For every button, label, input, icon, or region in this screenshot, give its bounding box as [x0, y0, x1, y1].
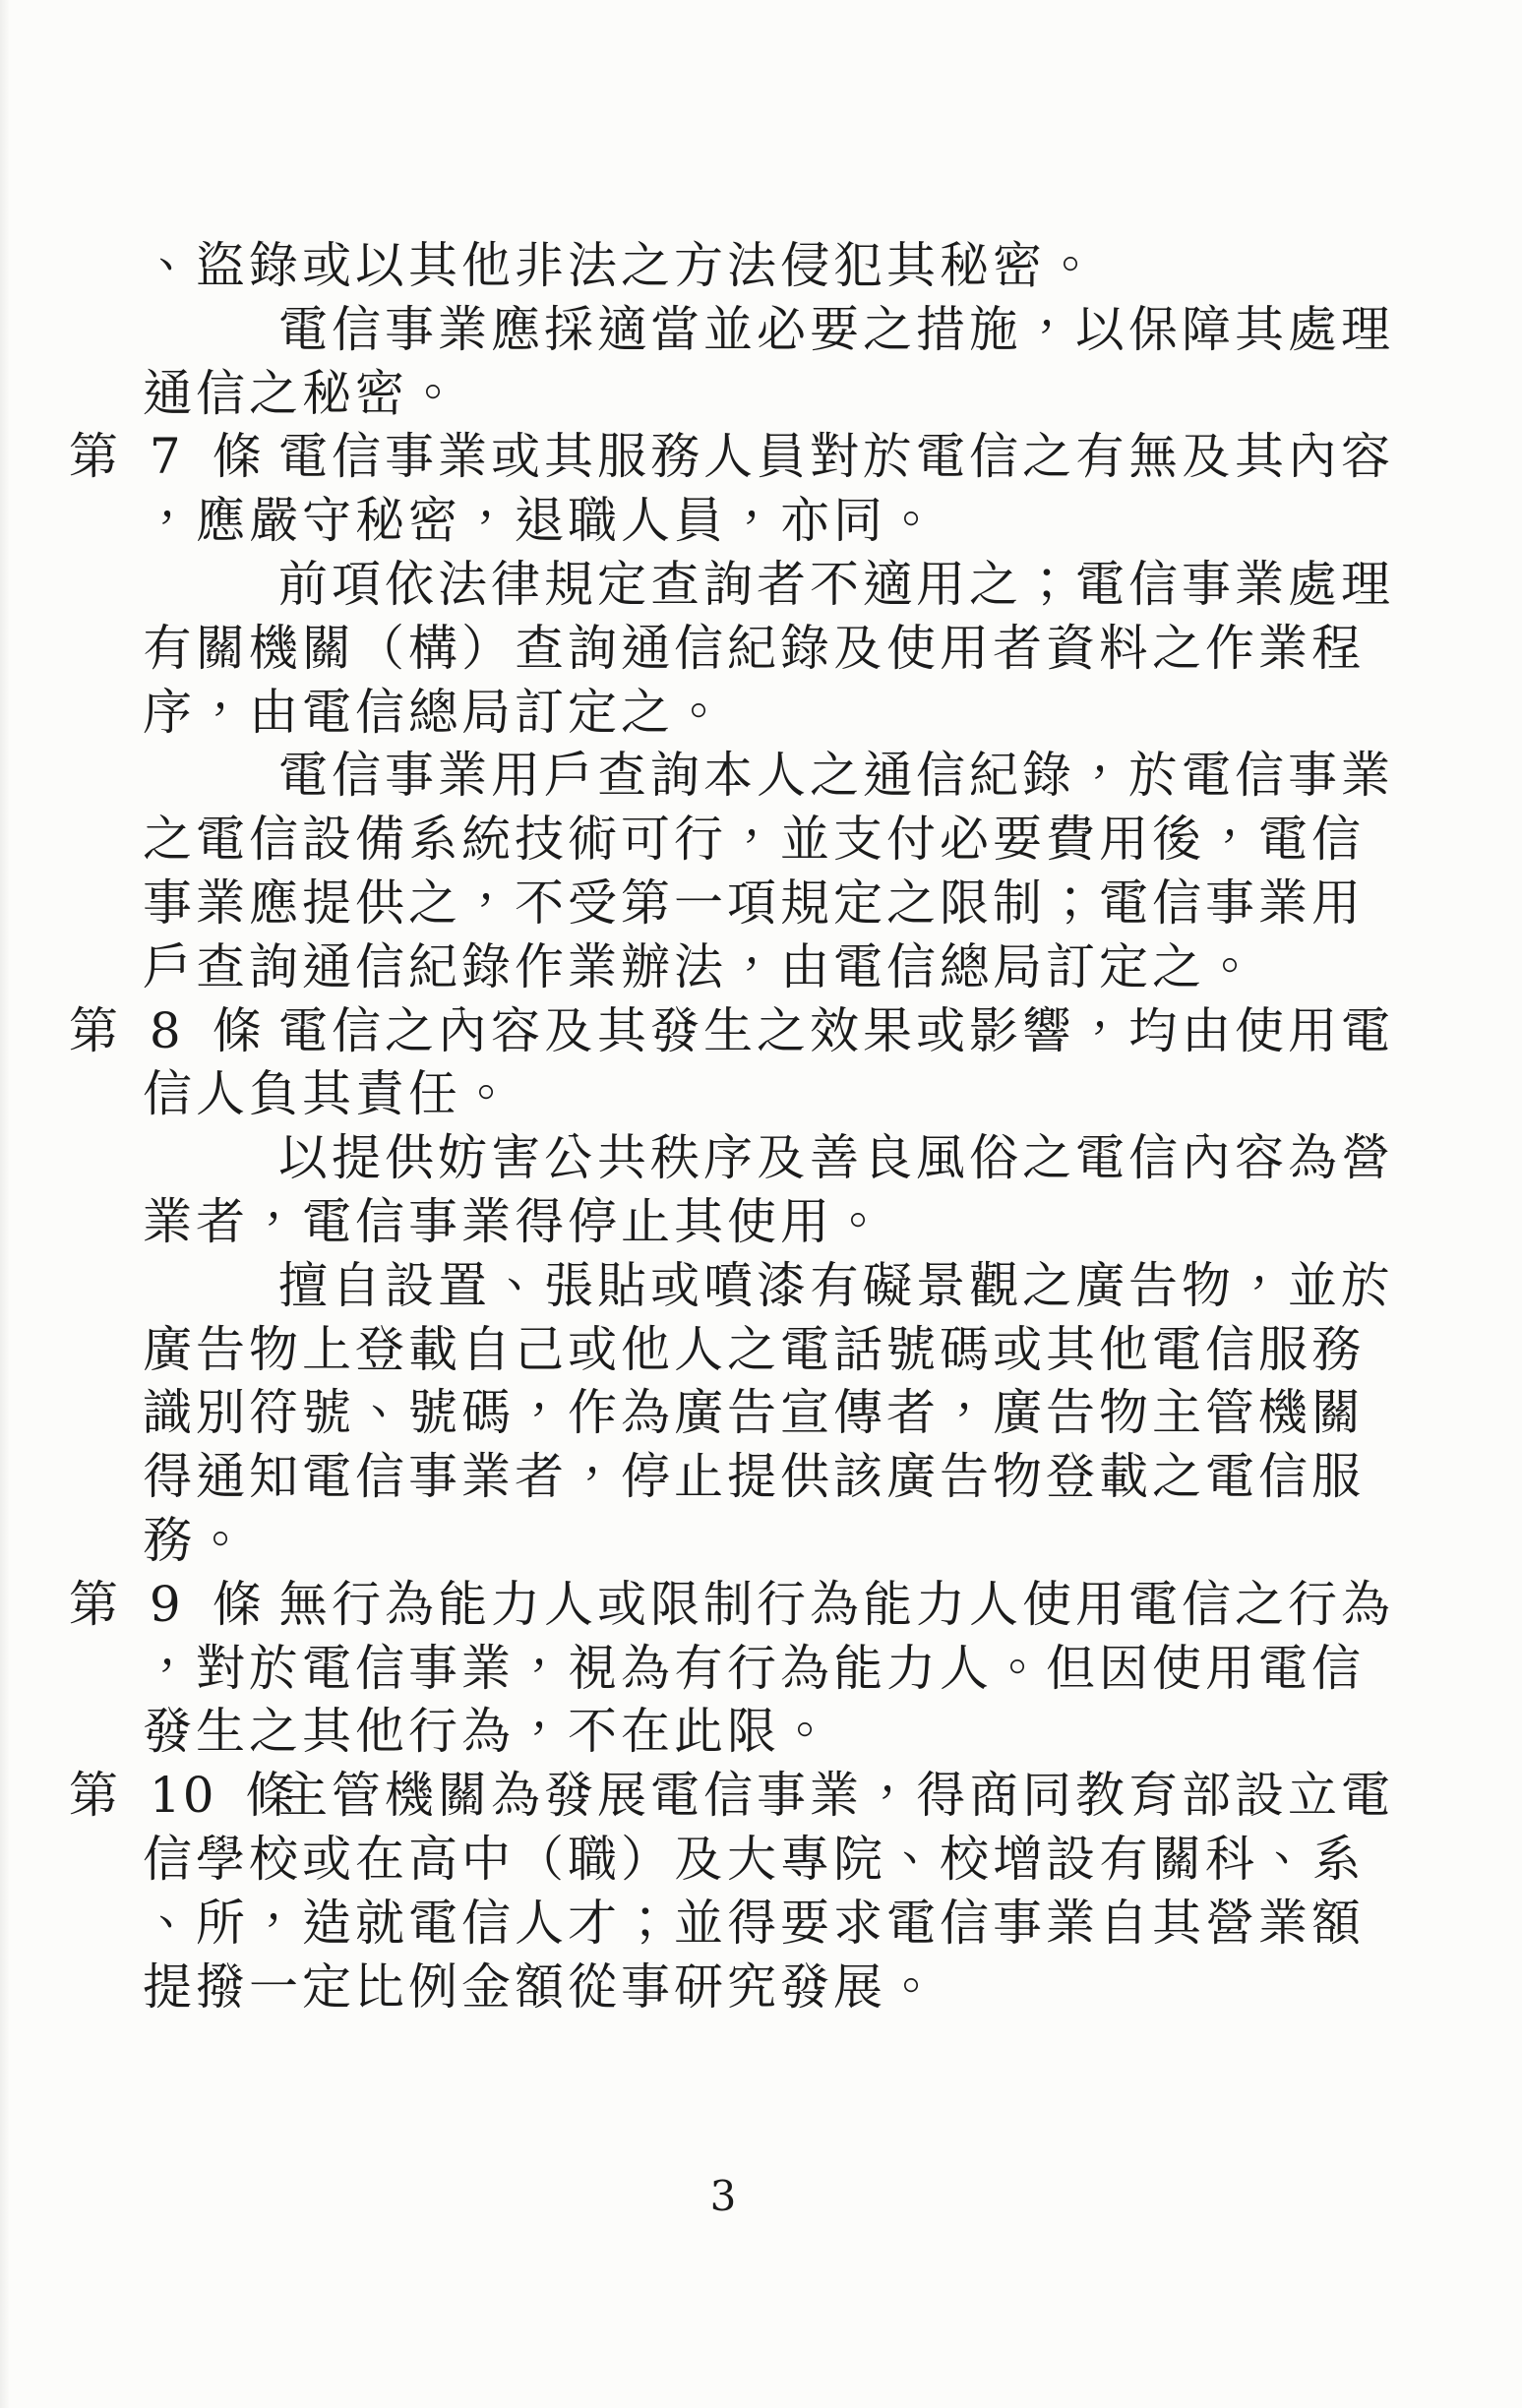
text-line: ，對於電信事業，視為有行為能力人。但因使用電信 — [0, 1637, 1522, 1701]
scanned-document-page: 、盜錄或以其他非法之方法侵犯其秘密。 電信事業應採適當並必要之措施，以保障其處理… — [0, 0, 1522, 2408]
text-line: 以提供妨害公共秩序及善良風俗之電信內容為營 — [0, 1126, 1522, 1190]
text-line: 之電信設備系統技術可行，並支付必要費用後，電信 — [0, 808, 1522, 872]
article-line: 第 8 條電信之內容及其發生之效果或影響，均由使用電 — [0, 999, 1522, 1063]
article-line: 第 9 條無行為能力人或限制行為能力人使用電信之行為 — [0, 1573, 1522, 1637]
article-text: 電信之內容及其發生之效果或影響，均由使用電 — [278, 1002, 1394, 1059]
text-line: ，應嚴守秘密，退職人員，亦同。 — [0, 489, 1522, 553]
text-line: 電信事業應採適當並必要之措施，以保障其處理 — [0, 298, 1522, 362]
text-line: 發生之其他行為，不在此限。 — [0, 1700, 1522, 1764]
article-number-label: 第 8 條 — [69, 999, 278, 1063]
text-line: 業者，電信事業得停止其使用。 — [0, 1190, 1522, 1254]
article-number-label: 第 10 條 — [69, 1764, 278, 1828]
text-line: 擅自設置、張貼或噴漆有礙景觀之廣告物，並於 — [0, 1254, 1522, 1318]
text-line: 信學校或在高中（職）及大專院、校增設有關科、系 — [0, 1828, 1522, 1892]
article-text: 電信事業或其服務人員對於電信之有無及其內容 — [278, 428, 1394, 485]
article-line: 第 10 條主管機關為發展電信事業，得商同教育部設立電 — [0, 1764, 1522, 1828]
article-line: 第 7 條電信事業或其服務人員對於電信之有無及其內容 — [0, 425, 1522, 489]
article-text: 主管機關為發展電信事業，得商同教育部設立電 — [278, 1767, 1394, 1824]
text-line: 廣告物上登載自己或他人之電話號碼或其他電信服務 — [0, 1318, 1522, 1382]
body-text: 、盜錄或以其他非法之方法侵犯其秘密。 電信事業應採適當並必要之措施，以保障其處理… — [0, 234, 1522, 2018]
text-line: 務。 — [0, 1509, 1522, 1573]
text-line: 電信事業用戶查詢本人之通信紀錄，於電信事業 — [0, 744, 1522, 808]
article-text: 無行為能力人或限制行為能力人使用電信之行為 — [278, 1576, 1394, 1633]
text-line: 序，由電信總局訂定之。 — [0, 681, 1522, 745]
text-line: 戶查詢通信紀錄作業辦法，由電信總局訂定之。 — [0, 935, 1522, 999]
article-number-label: 第 9 條 — [69, 1573, 278, 1637]
text-line: 有關機關（構）查詢通信紀錄及使用者資料之作業程 — [0, 617, 1522, 681]
text-line: 前項依法律規定查詢者不適用之；電信事業處理 — [0, 553, 1522, 617]
article-number-label: 第 7 條 — [69, 425, 278, 489]
text-line: 、盜錄或以其他非法之方法侵犯其秘密。 — [0, 234, 1522, 298]
page-number: 3 — [649, 2172, 797, 2220]
text-line: 得通知電信事業者，停止提供該廣告物登載之電信服 — [0, 1445, 1522, 1509]
text-line: 事業應提供之，不受第一項規定之限制；電信事業用 — [0, 872, 1522, 935]
text-line: 、所，造就電信人才；並得要求電信事業自其營業額 — [0, 1892, 1522, 1956]
text-line: 提撥一定比例金額從事研究發展。 — [0, 1956, 1522, 2019]
text-line: 識別符號、號碼，作為廣告宣傳者，廣告物主管機關 — [0, 1381, 1522, 1445]
text-line: 通信之秘密。 — [0, 362, 1522, 426]
text-line: 信人負其責任。 — [0, 1062, 1522, 1126]
